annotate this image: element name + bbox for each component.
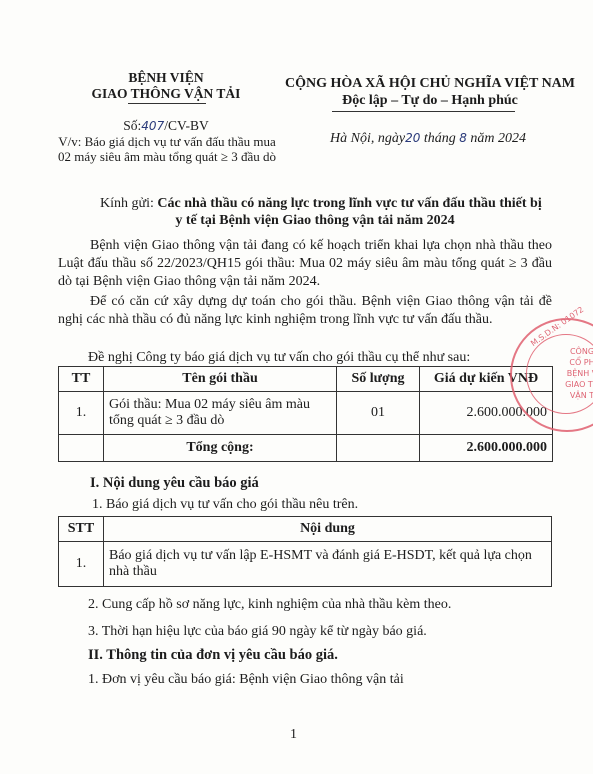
paragraph-table-intro: Đề nghị Công ty báo giá dịch vụ tư vấn c… [88,350,548,366]
section-2-title: II. Thông tin của đơn vị yêu cầu báo giá… [88,647,338,664]
page-number: 1 [290,727,297,743]
date-month: 8 [459,131,467,145]
table-row: 1. Báo giá dịch vụ tư vấn lập E-HSMT và … [59,542,552,587]
bid-package-table: TT Tên gói thầu Số lượng Giá dự kiến VNĐ… [58,366,553,462]
total-label: Tổng cộng: [104,435,337,462]
date-prefix: Hà Nội, ngày [330,131,405,146]
national-motto: Độc lập – Tự do – Hạnh phúc [265,93,593,109]
col-header-quantity: Số lượng [337,367,420,392]
stamp-line: CÔNG [542,346,593,357]
date-year: năm 2024 [470,131,526,146]
cell-quantity: 01 [337,392,420,435]
section-1-item-1: 1. Báo giá dịch vụ tư vấn cho gói thầu n… [92,497,358,513]
cell-package: Gói thầu: Mua 02 máy siêu âm màu tổng qu… [104,392,337,435]
total-value: 2.600.000.000 [420,435,553,462]
paragraph-request: Để có căn cứ xây dựng dự toán cho gói th… [58,293,552,329]
col-header-content: Nội dung [104,517,552,542]
table-header-row: TT Tên gói thầu Số lượng Giá dự kiến VNĐ [59,367,553,392]
section-1-title: I. Nội dung yêu cầu báo giá [90,475,259,492]
cell-stt: 1. [59,542,104,587]
national-title: CỘNG HÒA XÃ HỘI CHỦ NGHĨA VIỆT NAM [265,76,593,92]
table-row: 1. Gói thầu: Mua 02 máy siêu âm màu tổng… [59,392,553,435]
recipient-line1: Các nhà thầu có năng lực trong lĩnh vực … [157,196,541,211]
org-name-line2: GIAO THÔNG VẬN TẢI [58,86,274,102]
table-total-row: Tổng cộng: 2.600.000.000 [59,435,553,462]
org-name-line1: BỆNH VIỆN [68,70,264,86]
content-table: STT Nội dung 1. Báo giá dịch vụ tư vấn l… [58,516,552,587]
recipient: Kính gửi: Các nhà thầu có năng lực trong… [100,195,560,229]
section-2-item-1: 1. Đơn vị yêu cầu báo giá: Bệnh viện Gia… [88,672,404,688]
col-header-tt: TT [59,367,104,392]
stamp-line: VẬN T [542,390,593,401]
doc-no-suffix: /CV-BV [164,118,209,133]
col-header-stt: STT [59,517,104,542]
recipient-label: Kính gửi: [100,196,154,211]
section-1-item-3: 3. Thời hạn hiệu lực của báo giá 90 ngày… [88,624,427,640]
motto-underline [332,111,515,112]
cell-empty [59,435,104,462]
stamp-text: CÔNG CỔ PH BỆNH V GIAO TH VẬN T [542,346,593,401]
stamp-line: BỆNH V [542,368,593,379]
col-header-package: Tên gói thầu [104,367,337,392]
date-month-label: tháng [424,131,456,146]
table-header-row: STT Nội dung [59,517,552,542]
doc-no-handwritten: 407 [141,119,164,133]
org-underline [128,103,206,104]
section-1-item-2: 2. Cung cấp hồ sơ năng lực, kinh nghiệm … [88,597,451,613]
cell-tt: 1. [59,392,104,435]
stamp-line: CỔ PH [542,357,593,368]
document-number: Số:407/CV-BV [68,118,264,134]
cell-content: Báo giá dịch vụ tư vấn lập E-HSMT và đán… [104,542,552,587]
paragraph-intro: Bệnh viện Giao thông vận tải đang có kế … [58,237,552,291]
recipient-line2: y tế tại Bệnh viện Giao thông vận tải nă… [70,212,560,229]
cell-empty [337,435,420,462]
document-subject: V/v: Báo giá dịch vụ tư vấn đấu thầu mua… [57,134,277,164]
document-date: Hà Nội, ngày20 tháng 8 năm 2024 [330,131,590,147]
doc-no-prefix: Số: [123,118,141,133]
date-day: 20 [405,131,420,145]
stamp-line: GIAO TH [542,379,593,390]
